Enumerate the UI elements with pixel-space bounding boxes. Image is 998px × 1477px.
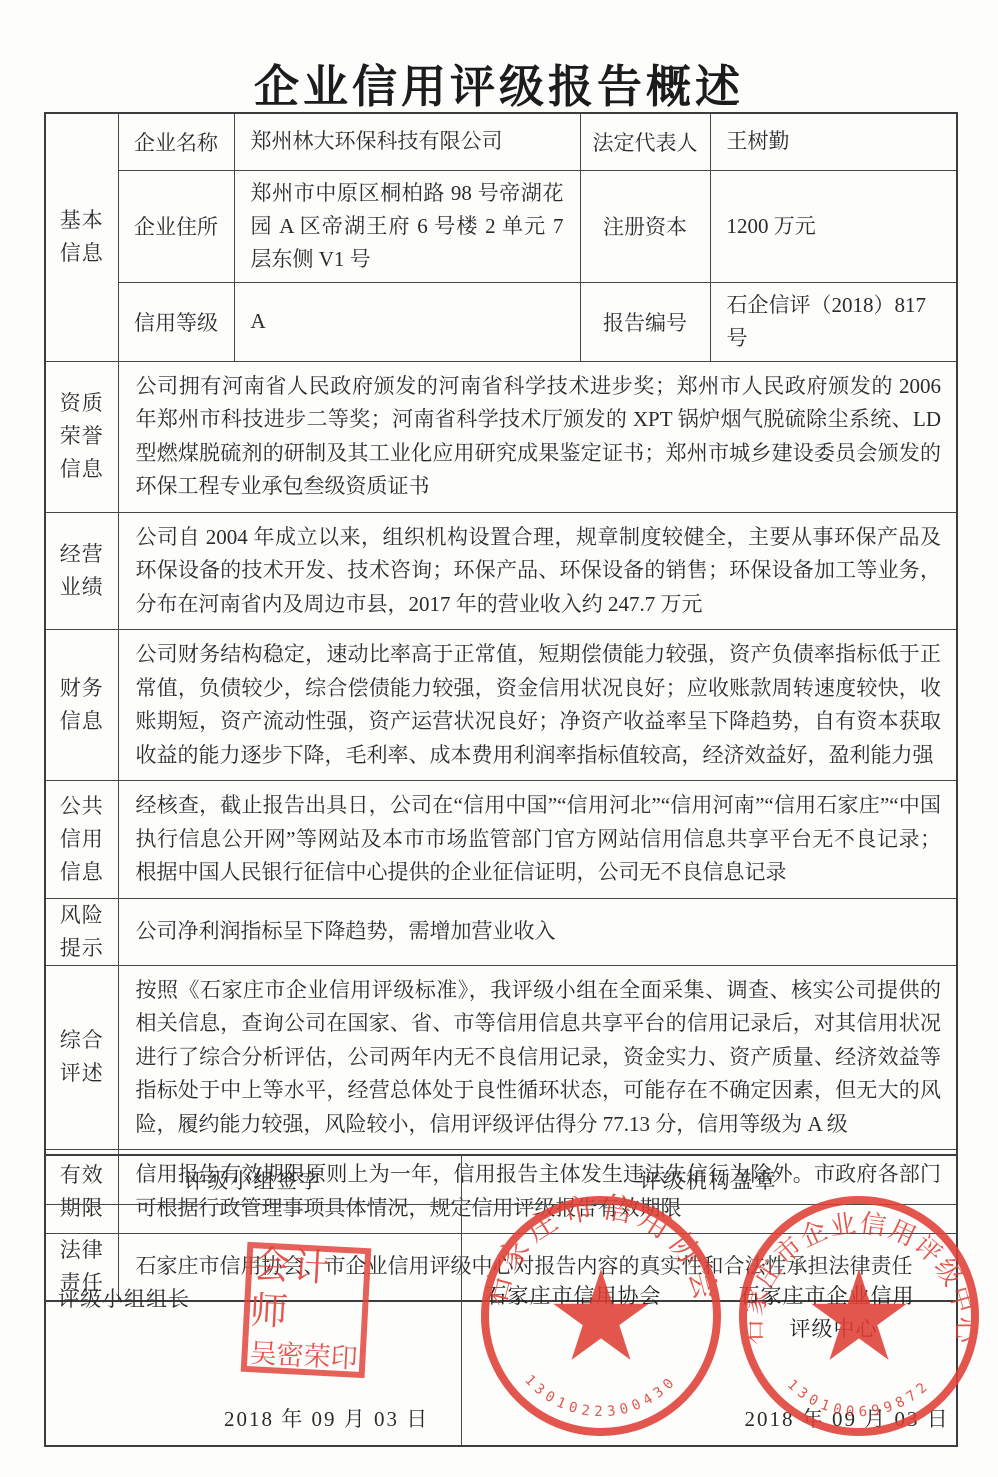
- square-stamp-line1: 会计师: [249, 1242, 366, 1340]
- page-title: 企业信用评级报告概述: [0, 50, 998, 115]
- svg-text:1301022300430: 1301022300430: [521, 1372, 681, 1420]
- table-row: 信用等级 A 报告编号 石企信评（2018）817 号: [45, 282, 957, 361]
- legal-rep-value: 王树勤: [710, 113, 957, 170]
- basic-info-section-label: 基本信息: [45, 113, 118, 361]
- signature-table: 评级小组签字 评级机构盖章 评级小组组长 会计师 吴密荣印 2018 年 09 …: [44, 1154, 958, 1447]
- section-row: 财务信息 公司财务结构稳定，速动比率高于正常值，短期偿债能力较强，资产负债率指标…: [45, 630, 957, 781]
- legal-rep-label: 法定代表人: [580, 113, 710, 170]
- report-no-value: 石企信评（2018）817 号: [710, 282, 957, 361]
- address-value: 郑州市中原区桐柏路 98 号帝湖花园 A 区帝湖王府 6 号楼 2 单元 7 层…: [234, 170, 580, 282]
- report-no-label: 报告编号: [580, 282, 710, 361]
- accountant-square-stamp: 会计师 吴密荣印: [241, 1242, 372, 1378]
- section-label-performance: 经营业绩: [45, 512, 118, 630]
- section-content-risk: 公司净利润指标呈下降趋势，需增加营业收入: [118, 898, 957, 965]
- section-row: 经营业绩 公司自 2004 年成立以来，组织机构设置合理，规章制度较健全，主要从…: [45, 512, 957, 630]
- rating-center-stamp-number: 130100699872: [783, 1377, 933, 1421]
- section-content-qualifications: 公司拥有河南省人民政府颁发的河南省科学技术进步奖；郑州市人民政府颁发的 2006…: [118, 361, 957, 512]
- section-content-summary: 按照《石家庄市企业信用评级标准》，我评级小组在全面采集、调查、核实公司提供的相关…: [118, 965, 957, 1150]
- square-stamp-line2: 吴密荣印: [249, 1334, 359, 1378]
- section-row: 资质荣誉信息 公司拥有河南省人民政府颁发的河南省科学技术进步奖；郑州市人民政府颁…: [45, 361, 957, 512]
- association-stamp-number: 1301022300430: [521, 1372, 681, 1420]
- section-label-summary: 综合评述: [45, 965, 118, 1150]
- credit-grade-value: A: [234, 282, 580, 361]
- section-label-financial: 财务信息: [45, 630, 118, 781]
- section-row: 风险提示 公司净利润指标呈下降趋势，需增加营业收入: [45, 898, 957, 965]
- section-content-public-credit: 经核查，截止报告出具日，公司在“信用中国”“信用河北”“信用河南”“信用石家庄”…: [118, 781, 957, 899]
- section-label-risk: 风险提示: [45, 898, 118, 965]
- report-table: 基本信息 企业名称 郑州林大环保科技有限公司 法定代表人 王树勤 企业住所 郑州…: [44, 112, 958, 1302]
- agency-seal-cell: 石家庄市信用协会 石家庄市企业信用 评级中心 2018 年 09 月 03 日 …: [461, 1205, 957, 1447]
- table-row: 基本信息 企业名称 郑州林大环保科技有限公司 法定代表人 王树勤: [45, 113, 957, 170]
- capital-label: 注册资本: [580, 170, 710, 282]
- table-row: 企业住所 郑州市中原区桐柏路 98 号帝湖花园 A 区帝湖王府 6 号楼 2 单…: [45, 170, 957, 282]
- team-leader-label: 评级小组组长: [58, 1283, 190, 1313]
- rating-center-round-stamp-icon: 石家庄市企业信用评级中心 130100699872: [734, 1191, 984, 1441]
- team-signature-cell: 评级小组组长 会计师 吴密荣印 2018 年 09 月 03 日: [45, 1205, 461, 1447]
- address-label: 企业住所: [118, 170, 234, 282]
- company-name-label: 企业名称: [118, 113, 234, 170]
- section-label-public-credit: 公共信用信息: [45, 781, 118, 899]
- table-row: 评级小组组长 会计师 吴密荣印 2018 年 09 月 03 日 石家庄市信用协…: [45, 1205, 957, 1447]
- section-row: 公共信用信息 经核查，截止报告出具日，公司在“信用中国”“信用河北”“信用河南”…: [45, 781, 957, 899]
- team-signature-date: 2018 年 09 月 03 日: [224, 1403, 429, 1433]
- company-name-value: 郑州林大环保科技有限公司: [234, 113, 580, 170]
- section-row: 综合评述 按照《石家庄市企业信用评级标准》，我评级小组在全面采集、调查、核实公司…: [45, 965, 957, 1150]
- section-label-qualifications: 资质荣誉信息: [45, 361, 118, 512]
- section-content-financial: 公司财务结构稳定，速动比率高于正常值，短期偿债能力较强，资产负债率指标低于正常值…: [118, 630, 957, 781]
- credit-grade-label: 信用等级: [118, 282, 234, 361]
- document-page: 企业信用评级报告概述 基本信息 企业名称 郑州林大环保科技有限公司 法定代表人 …: [0, 0, 998, 1477]
- capital-value: 1200 万元: [710, 170, 957, 282]
- team-signature-header: 评级小组签字: [45, 1155, 461, 1205]
- svg-text:130100699872: 130100699872: [783, 1377, 933, 1421]
- association-round-stamp-icon: 石家庄市信用协会 1301022300430: [476, 1191, 726, 1441]
- section-content-performance: 公司自 2004 年成立以来，组织机构设置合理，规章制度较健全，主要从事环保产品…: [118, 512, 957, 630]
